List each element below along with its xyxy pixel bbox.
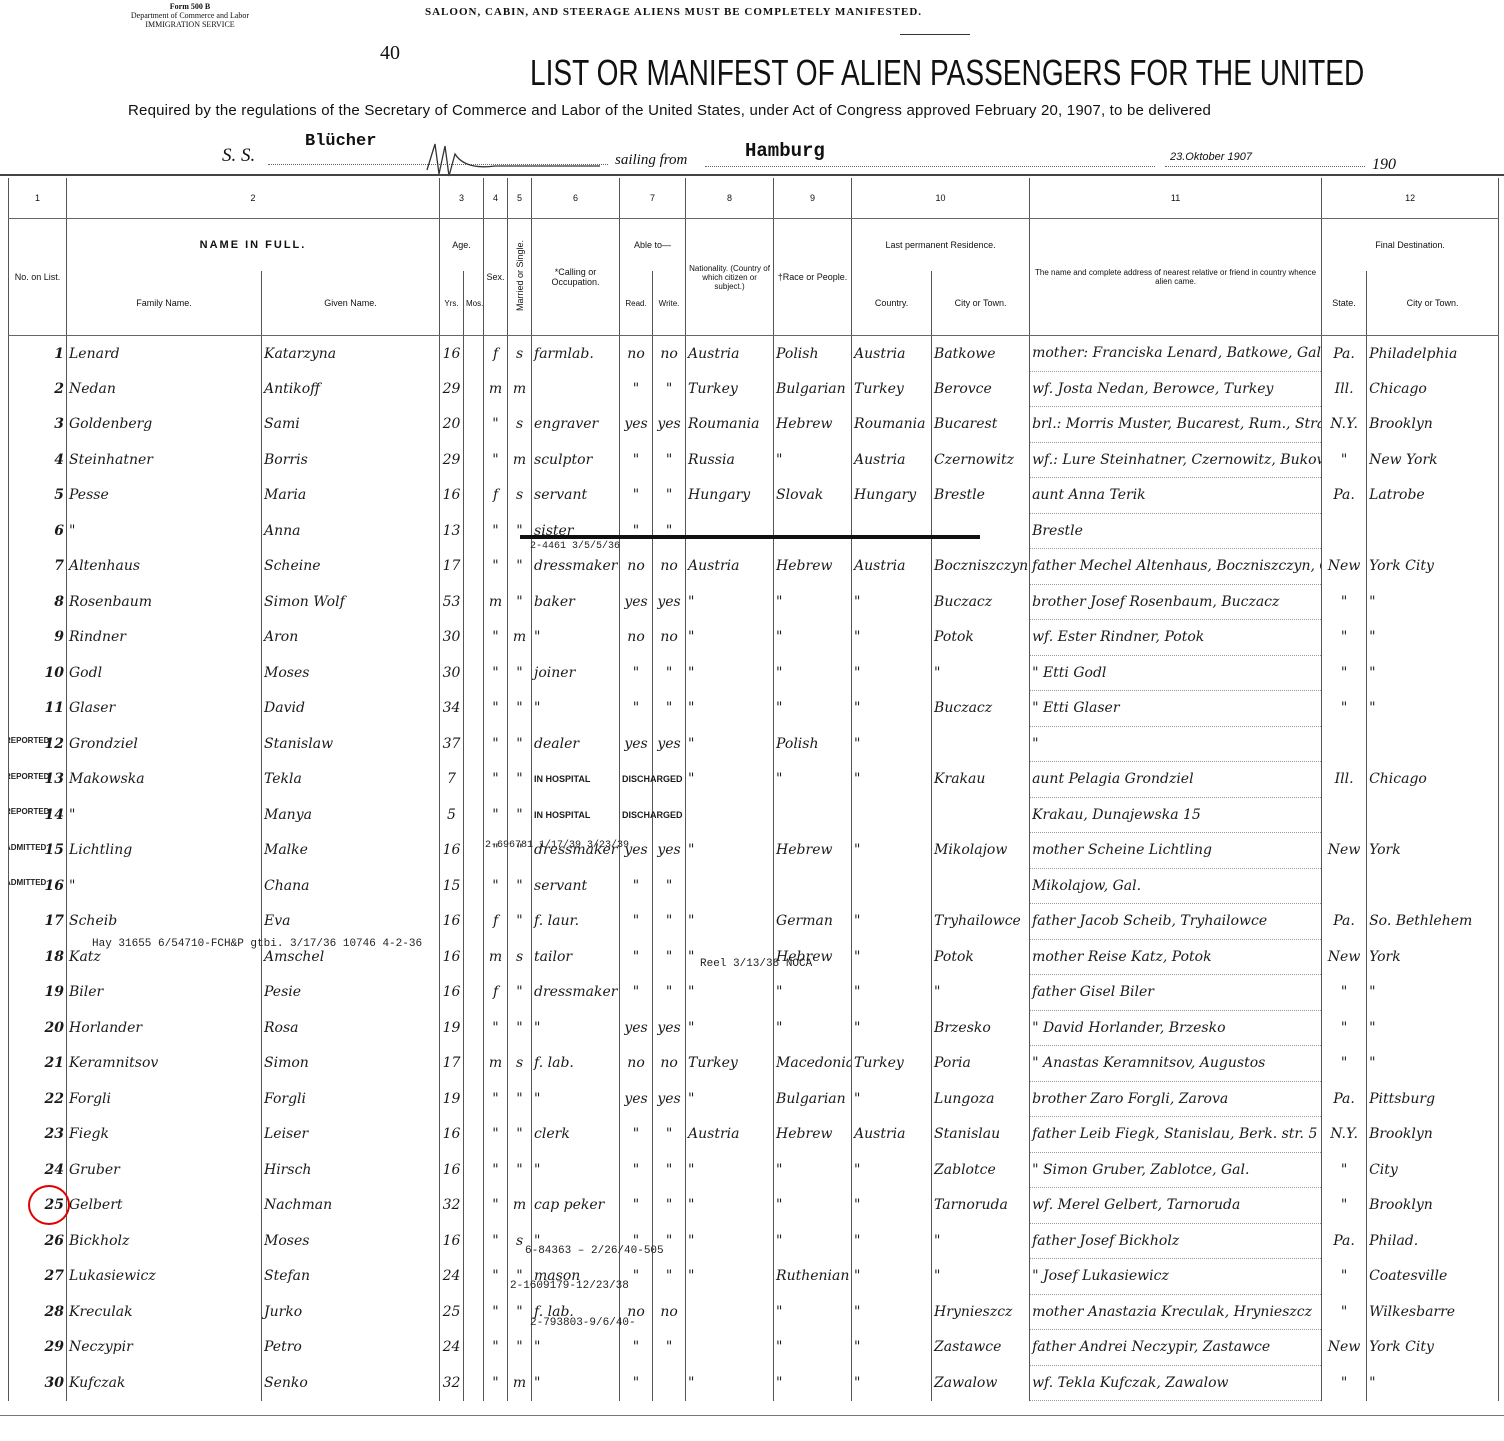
marital-status: s [508, 939, 532, 975]
age-months [464, 833, 484, 869]
can-write: " [653, 691, 686, 727]
nearest-relative: wf. Josta Nedan, Berowce, Turkey [1030, 371, 1322, 407]
family-name: Lichtling [67, 833, 262, 869]
can-write: " [653, 1259, 686, 1295]
form-identifier: Form 500 B Department of Commerce and La… [120, 2, 260, 29]
nearest-relative: mother Anastazia Kreculak, Hrynieszcz [1030, 1294, 1322, 1330]
residence-city [932, 513, 1030, 549]
residence-country: " [852, 1152, 932, 1188]
age-years: 16 [440, 1152, 464, 1188]
sex: " [484, 513, 508, 549]
destination-state: " [1322, 655, 1367, 691]
age-years: 16 [440, 336, 464, 372]
destination-state: " [1322, 975, 1367, 1011]
passenger-rows: 1LenardKatarzyna16fsfarmlab.nonoAustriaP… [9, 336, 1499, 1401]
can-write: no [653, 620, 686, 656]
col-number-6: 6 [532, 178, 620, 219]
departure-date: 23.Oktober 1907 [1170, 151, 1252, 163]
destination-state: Ill. [1322, 371, 1367, 407]
family-name: Rosenbaum [67, 584, 262, 620]
col-number-2: 2 [67, 178, 440, 219]
col-nearest-relative: The name and complete address of nearest… [1030, 219, 1322, 336]
row-number: 23 [9, 1117, 67, 1153]
destination-state: Pa. [1322, 336, 1367, 372]
race: " [774, 1152, 852, 1188]
table-row: 10GodlMoses30""joiner""""""" Etti Godl"" [9, 655, 1499, 691]
table-row: 23FiegkLeiser16""clerk""AustriaHebrewAus… [9, 1117, 1499, 1153]
row-number: 18 [9, 939, 67, 975]
given-name: Senko [262, 1365, 440, 1401]
race: " [774, 1330, 852, 1366]
nationality: Roumania [686, 407, 774, 443]
row-number-text: 3 [54, 416, 64, 432]
nearest-relative: brother Josef Rosenbaum, Buczacz [1030, 584, 1322, 620]
row-number: 26 [9, 1223, 67, 1259]
age-years: 16 [440, 904, 464, 940]
can-read: " [620, 939, 653, 975]
table-row: 27LukasiewiczStefan24""mason"""Ruthenian… [9, 1259, 1499, 1295]
nationality: Austria [686, 1117, 774, 1153]
family-name: Bickholz [67, 1223, 262, 1259]
race: Polish [774, 726, 852, 762]
can-write: " [653, 1117, 686, 1153]
residence-city: Zastawce [932, 1330, 1030, 1366]
occupation: engraver [532, 407, 620, 443]
nearest-relative: father Josef Bickholz [1030, 1223, 1322, 1259]
given-name: Manya [262, 797, 440, 833]
can-read: " [620, 975, 653, 1011]
sex: f [484, 478, 508, 514]
race: " [774, 442, 852, 478]
age-months [464, 939, 484, 975]
can-write: yes [653, 726, 686, 762]
can-write: no [653, 336, 686, 372]
destination-city: " [1367, 975, 1499, 1011]
residence-country: Turkey [852, 1046, 932, 1082]
marital-status: " [508, 691, 532, 727]
given-name: Stefan [262, 1259, 440, 1295]
can-write: no [653, 1294, 686, 1330]
sex: " [484, 1365, 508, 1401]
can-read: " [620, 1152, 653, 1188]
race: " [774, 691, 852, 727]
can-write: " [653, 904, 686, 940]
header-rule [0, 174, 1504, 176]
row-number: 7X [9, 549, 67, 585]
table-row: 26BickholzMoses16"s"""""""father Josef B… [9, 1223, 1499, 1259]
marital-status: " [508, 726, 532, 762]
sex: " [484, 1081, 508, 1117]
ship-label: S. S. [222, 145, 255, 167]
destination-city: Chicago [1367, 371, 1499, 407]
residence-country: " [852, 975, 932, 1011]
col-family-name: Family Name. [67, 271, 262, 336]
residence-city: " [932, 975, 1030, 1011]
sex: " [484, 549, 508, 585]
nearest-relative: wf.: Lure Steinhatner, Czernowitz, Bukow… [1030, 442, 1322, 478]
given-name: David [262, 691, 440, 727]
destination-state: " [1322, 1188, 1367, 1224]
residence-country: " [852, 762, 932, 798]
age-months [464, 1117, 484, 1153]
sex: f [484, 904, 508, 940]
nearest-relative: Mikolajow, Gal. [1030, 868, 1322, 904]
race: Macedonian [774, 1046, 852, 1082]
sex: " [484, 1117, 508, 1153]
age-months [464, 1294, 484, 1330]
age-years: 17 [440, 549, 464, 585]
table-row: 24GruberHirsch16""""""""Zablotce" Simon … [9, 1152, 1499, 1188]
age-years: 5 [440, 797, 464, 833]
table-row: 3GoldenbergSami20"sengraveryesyesRoumani… [9, 407, 1499, 443]
race: Slovak [774, 478, 852, 514]
destination-state: " [1322, 584, 1367, 620]
race: Hebrew [774, 833, 852, 869]
col-married-single: Married or Single. [508, 219, 532, 336]
sex: m [484, 1046, 508, 1082]
marital-status: s [508, 407, 532, 443]
residence-country: " [852, 1188, 932, 1224]
age-years: 16 [440, 833, 464, 869]
nationality: " [686, 1188, 774, 1224]
residence-country: " [852, 1223, 932, 1259]
table-row: 1LenardKatarzyna16fsfarmlab.nonoAustriaP… [9, 336, 1499, 372]
destination-state [1322, 726, 1367, 762]
given-name: Forgli [262, 1081, 440, 1117]
marital-status: " [508, 1330, 532, 1366]
sex: " [484, 1152, 508, 1188]
age-years: 16 [440, 1223, 464, 1259]
occupation: " [532, 1365, 620, 1401]
age-months [464, 762, 484, 798]
marital-status: m [508, 1188, 532, 1224]
age-years: 32 [440, 1188, 464, 1224]
col-city-town: City or Town. [932, 271, 1030, 336]
occupation: f. lab. [532, 1046, 620, 1082]
can-write: yes [653, 1081, 686, 1117]
nearest-relative: mother: Franciska Lenard, Batkowe, Gal. [1030, 336, 1322, 372]
table-row: 19XBilerPesie16f"dressmaker""""""father … [9, 975, 1499, 1011]
given-name: Stanislaw [262, 726, 440, 762]
col-number-7: 7 [620, 178, 686, 219]
sex: " [484, 1330, 508, 1366]
destination-state: New [1322, 549, 1367, 585]
marital-status: " [508, 904, 532, 940]
race: " [774, 762, 852, 798]
discharged-stamp: DISCHARGED [620, 762, 653, 798]
occupation: servant [532, 478, 620, 514]
given-name: Scheine [262, 549, 440, 585]
destination-state: " [1322, 1259, 1367, 1295]
destination-state [1322, 868, 1367, 904]
residence-city: Zawalow [932, 1365, 1030, 1401]
can-read: yes [620, 1010, 653, 1046]
row-number-text: 5 [54, 487, 64, 503]
residence-city [932, 868, 1030, 904]
residence-city: Buczacz [932, 584, 1030, 620]
nationality: " [686, 762, 774, 798]
row-number: 5 [9, 478, 67, 514]
destination-city: New York [1367, 442, 1499, 478]
residence-country: Turkey [852, 371, 932, 407]
marital-status: s [508, 336, 532, 372]
marital-status: " [508, 1081, 532, 1117]
col-number-8: 8 [686, 178, 774, 219]
nearest-relative: wf. Merel Gelbert, Tarnoruda [1030, 1188, 1322, 1224]
can-write [653, 1365, 686, 1401]
destination-city [1367, 797, 1499, 833]
race: " [774, 620, 852, 656]
residence-country: Austria [852, 336, 932, 372]
table-row: 30KufczakSenko32"m"""""Zawalowwf. Tekla … [9, 1365, 1499, 1401]
residence-country: " [852, 1294, 932, 1330]
row-number-text: 4 [54, 452, 64, 468]
can-read: no [620, 620, 653, 656]
nearest-relative: mother Reise Katz, Potok [1030, 939, 1322, 975]
marital-status: " [508, 975, 532, 1011]
destination-city: York [1367, 833, 1499, 869]
ship-name: Blücher [305, 132, 376, 151]
age-months [464, 478, 484, 514]
nationality: " [686, 833, 774, 869]
age-years: 30 [440, 655, 464, 691]
nationality: " [686, 1081, 774, 1117]
race: Hebrew [774, 407, 852, 443]
family-name: Kreculak [67, 1294, 262, 1330]
age-months [464, 1152, 484, 1188]
col-number-9: 9 [774, 178, 852, 219]
can-write: " [653, 1188, 686, 1224]
age-months [464, 371, 484, 407]
destination-city: Chicago [1367, 762, 1499, 798]
family-name: Gruber [67, 1152, 262, 1188]
destination-state [1322, 797, 1367, 833]
residence-country: " [852, 1081, 932, 1117]
residence-city: Brzesko [932, 1010, 1030, 1046]
age-years: 15 [440, 868, 464, 904]
col-number-12: 12 [1322, 178, 1499, 219]
row-number: 2 [9, 371, 67, 407]
destination-city: York City [1367, 549, 1499, 585]
age-years: 16 [440, 1117, 464, 1153]
margin-note-row-30: 2-793803-9/6/40- [530, 1317, 636, 1329]
destination-city: " [1367, 1010, 1499, 1046]
can-read: " [620, 655, 653, 691]
destination-city [1367, 868, 1499, 904]
col-dest-city: City or Town. [1367, 271, 1499, 336]
nationality: " [686, 1259, 774, 1295]
race: Ruthenian [774, 1259, 852, 1295]
age-years: 16 [440, 975, 464, 1011]
sex: " [484, 1259, 508, 1295]
col-married-single-label: Married or Single. [515, 240, 525, 311]
occupation: " [532, 691, 620, 727]
marital-status: s [508, 1046, 532, 1082]
given-name: Leiser [262, 1117, 440, 1153]
family-name: Steinhatner [67, 442, 262, 478]
residence-city: " [932, 655, 1030, 691]
can-write: no [653, 1046, 686, 1082]
row-number-text: 7 [54, 558, 64, 574]
age-years: 13 [440, 513, 464, 549]
race: " [774, 1223, 852, 1259]
can-write: yes [653, 833, 686, 869]
table-row: 14REPORTED"Manya5""IN HOSPITALDISCHARGED… [9, 797, 1499, 833]
given-name: Aron [262, 620, 440, 656]
col-age: Age. [440, 219, 484, 272]
residence-country: " [852, 1365, 932, 1401]
occupation: clerk [532, 1117, 620, 1153]
nearest-relative: father Andrei Neczypir, Zastawce [1030, 1330, 1322, 1366]
can-write: yes [653, 584, 686, 620]
row-number-text: 23 [45, 1126, 64, 1142]
residence-country [852, 868, 932, 904]
table-row: 28KreculakJurko25""f. lab.nono""Hryniesz… [9, 1294, 1499, 1330]
can-read: no [620, 549, 653, 585]
age-years: 29 [440, 442, 464, 478]
destination-city: Brooklyn [1367, 1188, 1499, 1224]
age-months [464, 904, 484, 940]
margin-note-row-28: 2-1609179-12/23/38 [510, 1280, 629, 1292]
can-read: yes [620, 726, 653, 762]
race [774, 868, 852, 904]
row-number-text: 11 [45, 700, 64, 716]
row-number-text: 15 [45, 842, 64, 858]
row-number: 3 [9, 407, 67, 443]
destination-state: Ill. [1322, 762, 1367, 798]
nationality: Austria [686, 336, 774, 372]
port-line [705, 166, 1155, 167]
column-number-row: 1 2 3 4 5 6 7 8 9 10 11 12 [9, 178, 1499, 219]
row-number: 28 [9, 1294, 67, 1330]
table-row: 15ADMITTEDLichtlingMalke16""dressmakerye… [9, 833, 1499, 869]
age-months [464, 868, 484, 904]
family-name: Makowska [67, 762, 262, 798]
age-years: 17 [440, 1046, 464, 1082]
service-name: IMMIGRATION SERVICE [120, 20, 260, 29]
status-stamp: REPORTED [9, 736, 50, 745]
nationality: " [686, 1365, 774, 1401]
age-months [464, 1330, 484, 1366]
col-state: State. [1322, 271, 1367, 336]
age-years: 34 [440, 691, 464, 727]
margin-note-row-18: Hay 31655 6/54710-FCH&P gtbi. 3/17/36 10… [92, 938, 422, 950]
race [774, 513, 852, 549]
residence-city: Tarnoruda [932, 1188, 1030, 1224]
row-number-text: 19 [45, 984, 64, 1000]
sex: " [484, 868, 508, 904]
can-write: " [653, 513, 686, 549]
destination-state: " [1322, 620, 1367, 656]
residence-city: Zablotce [932, 1152, 1030, 1188]
nationality: " [686, 726, 774, 762]
destination-state: N.Y. [1322, 407, 1367, 443]
nationality: Austria [686, 549, 774, 585]
given-name: Moses [262, 1223, 440, 1259]
given-name: Eva [262, 904, 440, 940]
sex: m [484, 371, 508, 407]
col-country: Country. [852, 271, 932, 336]
marital-status: m [508, 371, 532, 407]
date-line [1165, 166, 1365, 167]
nearest-relative: Krakau, Dunajewska 15 [1030, 797, 1322, 833]
residence-city: Tryhailowce [932, 904, 1030, 940]
destination-city: Philadelphia [1367, 336, 1499, 372]
col-final-destination: Final Destination. [1322, 219, 1499, 272]
age-years: 24 [440, 1330, 464, 1366]
marital-status: " [508, 797, 532, 833]
can-write: " [653, 478, 686, 514]
marital-status: " [508, 762, 532, 798]
header-row-1: No. on List. NAME IN FULL. Age. Sex. Mar… [9, 219, 1499, 272]
occupation: dressmaker [532, 549, 620, 585]
table-row: 17ScheibEva16f"f. laur."""German"Tryhail… [9, 904, 1499, 940]
sex: " [484, 620, 508, 656]
age-years: 7 [440, 762, 464, 798]
row-number-text: 20 [45, 1020, 64, 1036]
destination-state: " [1322, 1365, 1367, 1401]
row-number: 12REPORTED [9, 726, 67, 762]
row-number-text: 27 [45, 1268, 64, 1284]
given-name: Anna [262, 513, 440, 549]
marital-status: m [508, 620, 532, 656]
status-stamp: ADMITTED [9, 843, 47, 852]
occupation: " [532, 1152, 620, 1188]
row-number-text: 29 [45, 1339, 64, 1355]
sex: " [484, 726, 508, 762]
residence-country: Hungary [852, 478, 932, 514]
occupation: servant [532, 868, 620, 904]
nearest-relative: aunt Anna Terik [1030, 478, 1322, 514]
manifest-warning: SALOON, CABIN, AND STEERAGE ALIENS MUST … [425, 6, 922, 18]
given-name: Moses [262, 655, 440, 691]
row-number-text: 30 [45, 1375, 64, 1391]
destination-city: Pittsburg [1367, 1081, 1499, 1117]
residence-city: Brestle [932, 478, 1030, 514]
age-years: 29 [440, 371, 464, 407]
destination-state: Pa. [1322, 1223, 1367, 1259]
status-stamp: REPORTED [9, 807, 50, 816]
nearest-relative: " Anastas Keramnitsov, Augustos [1030, 1046, 1322, 1082]
destination-city: " [1367, 655, 1499, 691]
can-read: no [620, 336, 653, 372]
age-years: 25 [440, 1294, 464, 1330]
nationality: " [686, 584, 774, 620]
col-given-name: Given Name. [262, 271, 440, 336]
can-write: " [653, 655, 686, 691]
row-number: 13REPORTED [9, 762, 67, 798]
family-name: Fiegk [67, 1117, 262, 1153]
occupation: " [532, 1010, 620, 1046]
age-years: 30 [440, 620, 464, 656]
margin-note-row-19: Reel 3/13/38 NOCA [700, 958, 812, 970]
sex: " [484, 691, 508, 727]
col-number-11: 11 [1030, 178, 1322, 219]
destination-state: New [1322, 1330, 1367, 1366]
col-number-5: 5 [508, 178, 532, 219]
row-number-text: 10 [45, 665, 64, 681]
row-number: 16ADMITTED [9, 868, 67, 904]
residence-country: " [852, 655, 932, 691]
race: Bulgarian [774, 371, 852, 407]
discharged-stamp: DISCHARGED [620, 797, 653, 833]
age-months [464, 1223, 484, 1259]
sex: " [484, 1188, 508, 1224]
form-number: Form 500 B [120, 2, 260, 11]
destination-state: New [1322, 939, 1367, 975]
destination-state: N.Y. [1322, 1117, 1367, 1153]
row-number: 17 [9, 904, 67, 940]
